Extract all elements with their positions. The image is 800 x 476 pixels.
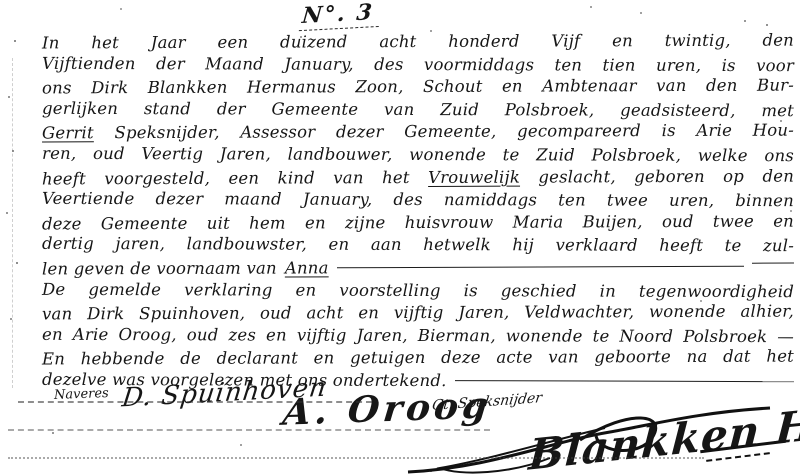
document-line-15: En hebbende de declarant en getuigen dez…	[42, 346, 794, 371]
document-line-14: en Arie Oroog, oud zes en vijftig Jaren,…	[42, 324, 794, 349]
bottom-dashed-line-2	[8, 429, 490, 431]
blank-filler-rule	[337, 266, 744, 269]
underlined-word: Vrouwelijk	[428, 167, 520, 186]
scanned-birth-record-page: N°. 3 In het Jaar een duizend acht honde…	[0, 0, 800, 476]
document-line-11: len geven de voornaam van Anna	[42, 255, 794, 280]
scan-noise-speckles	[0, 0, 2, 2]
closing-filler-rule	[455, 380, 794, 382]
document-line-3: ons Dirk Blankken Hermanus Zoon, Schout …	[42, 75, 794, 100]
left-margin-dashed-line	[12, 58, 13, 388]
line-text: En hebbende de declarant en getuigen dez…	[42, 347, 794, 369]
document-line-5: Gerrit Speksnijder, Assessor dezer Gemee…	[42, 120, 794, 145]
line-text: Vijftienden der Maand January, des voorm…	[42, 53, 794, 74]
line-text: Speksnijder, Assessor dezer Gemeente, ge…	[94, 121, 794, 143]
document-line-6: ren, oud Veertig Jaren, landbouwer, wone…	[42, 143, 794, 168]
line-text: ren, oud Veertig Jaren, landbouwer, wone…	[42, 144, 794, 165]
line-text: geslacht, geboren op den	[520, 166, 794, 186]
underlined-name-anna: Anna	[285, 257, 329, 280]
line-text: deze Gemeente uit hem en zijne huisvrouw…	[42, 211, 794, 233]
document-line-12: De gemelde verklaring en voorstelling is…	[42, 278, 794, 303]
document-line-1: In het Jaar een duizend acht honderd Vij…	[42, 30, 794, 55]
document-body-text: In het Jaar een duizend acht honderd Vij…	[42, 31, 794, 393]
line-text: dertig jaren, landbouwster, en aan hetwe…	[42, 234, 794, 255]
bottom-dashed-line-1	[18, 401, 372, 403]
line-text: len geven de voornaam van	[42, 257, 277, 280]
document-line-10: dertig jaren, landbouwster, en aan hetwe…	[42, 233, 794, 258]
underlined-word: Gerrit	[42, 124, 94, 143]
document-line-4: gerlijken stand der Gemeente van Zuid Po…	[42, 98, 794, 123]
line-text: heeft voorgesteld, een kind van het	[42, 168, 428, 188]
line-text: In het Jaar een duizend acht honderd Vij…	[42, 31, 794, 53]
document-line-7: heeft voorgesteld, een kind van het Vrou…	[42, 165, 794, 190]
act-number: N°. 3	[299, 0, 381, 31]
blank-filler-rule-short	[752, 262, 794, 263]
document-line-8: Veertiende dezer maand January, des nami…	[42, 188, 794, 213]
line-text: van Dirk Spuinhoven, oud acht en vijftig…	[42, 302, 794, 324]
document-line-9: deze Gemeente uit hem en zijne huisvrouw…	[42, 210, 794, 235]
line-text: Veertiende dezer maand January, des nami…	[42, 189, 794, 210]
bottom-dotted-line-3	[8, 457, 704, 459]
document-line-2: Vijftienden der Maand January, des voorm…	[42, 52, 794, 77]
line-text: en Arie Oroog, oud zes en vijftig Jaren,…	[42, 325, 794, 346]
line-text: De gemelde verklaring en voorstelling is…	[42, 279, 794, 300]
line-text: ons Dirk Blankken Hermanus Zoon, Schout …	[42, 76, 794, 98]
line-text: gerlijken stand der Gemeente van Zuid Po…	[42, 99, 794, 120]
document-line-13: van Dirk Spuinhoven, oud acht en vijftig…	[42, 301, 794, 326]
